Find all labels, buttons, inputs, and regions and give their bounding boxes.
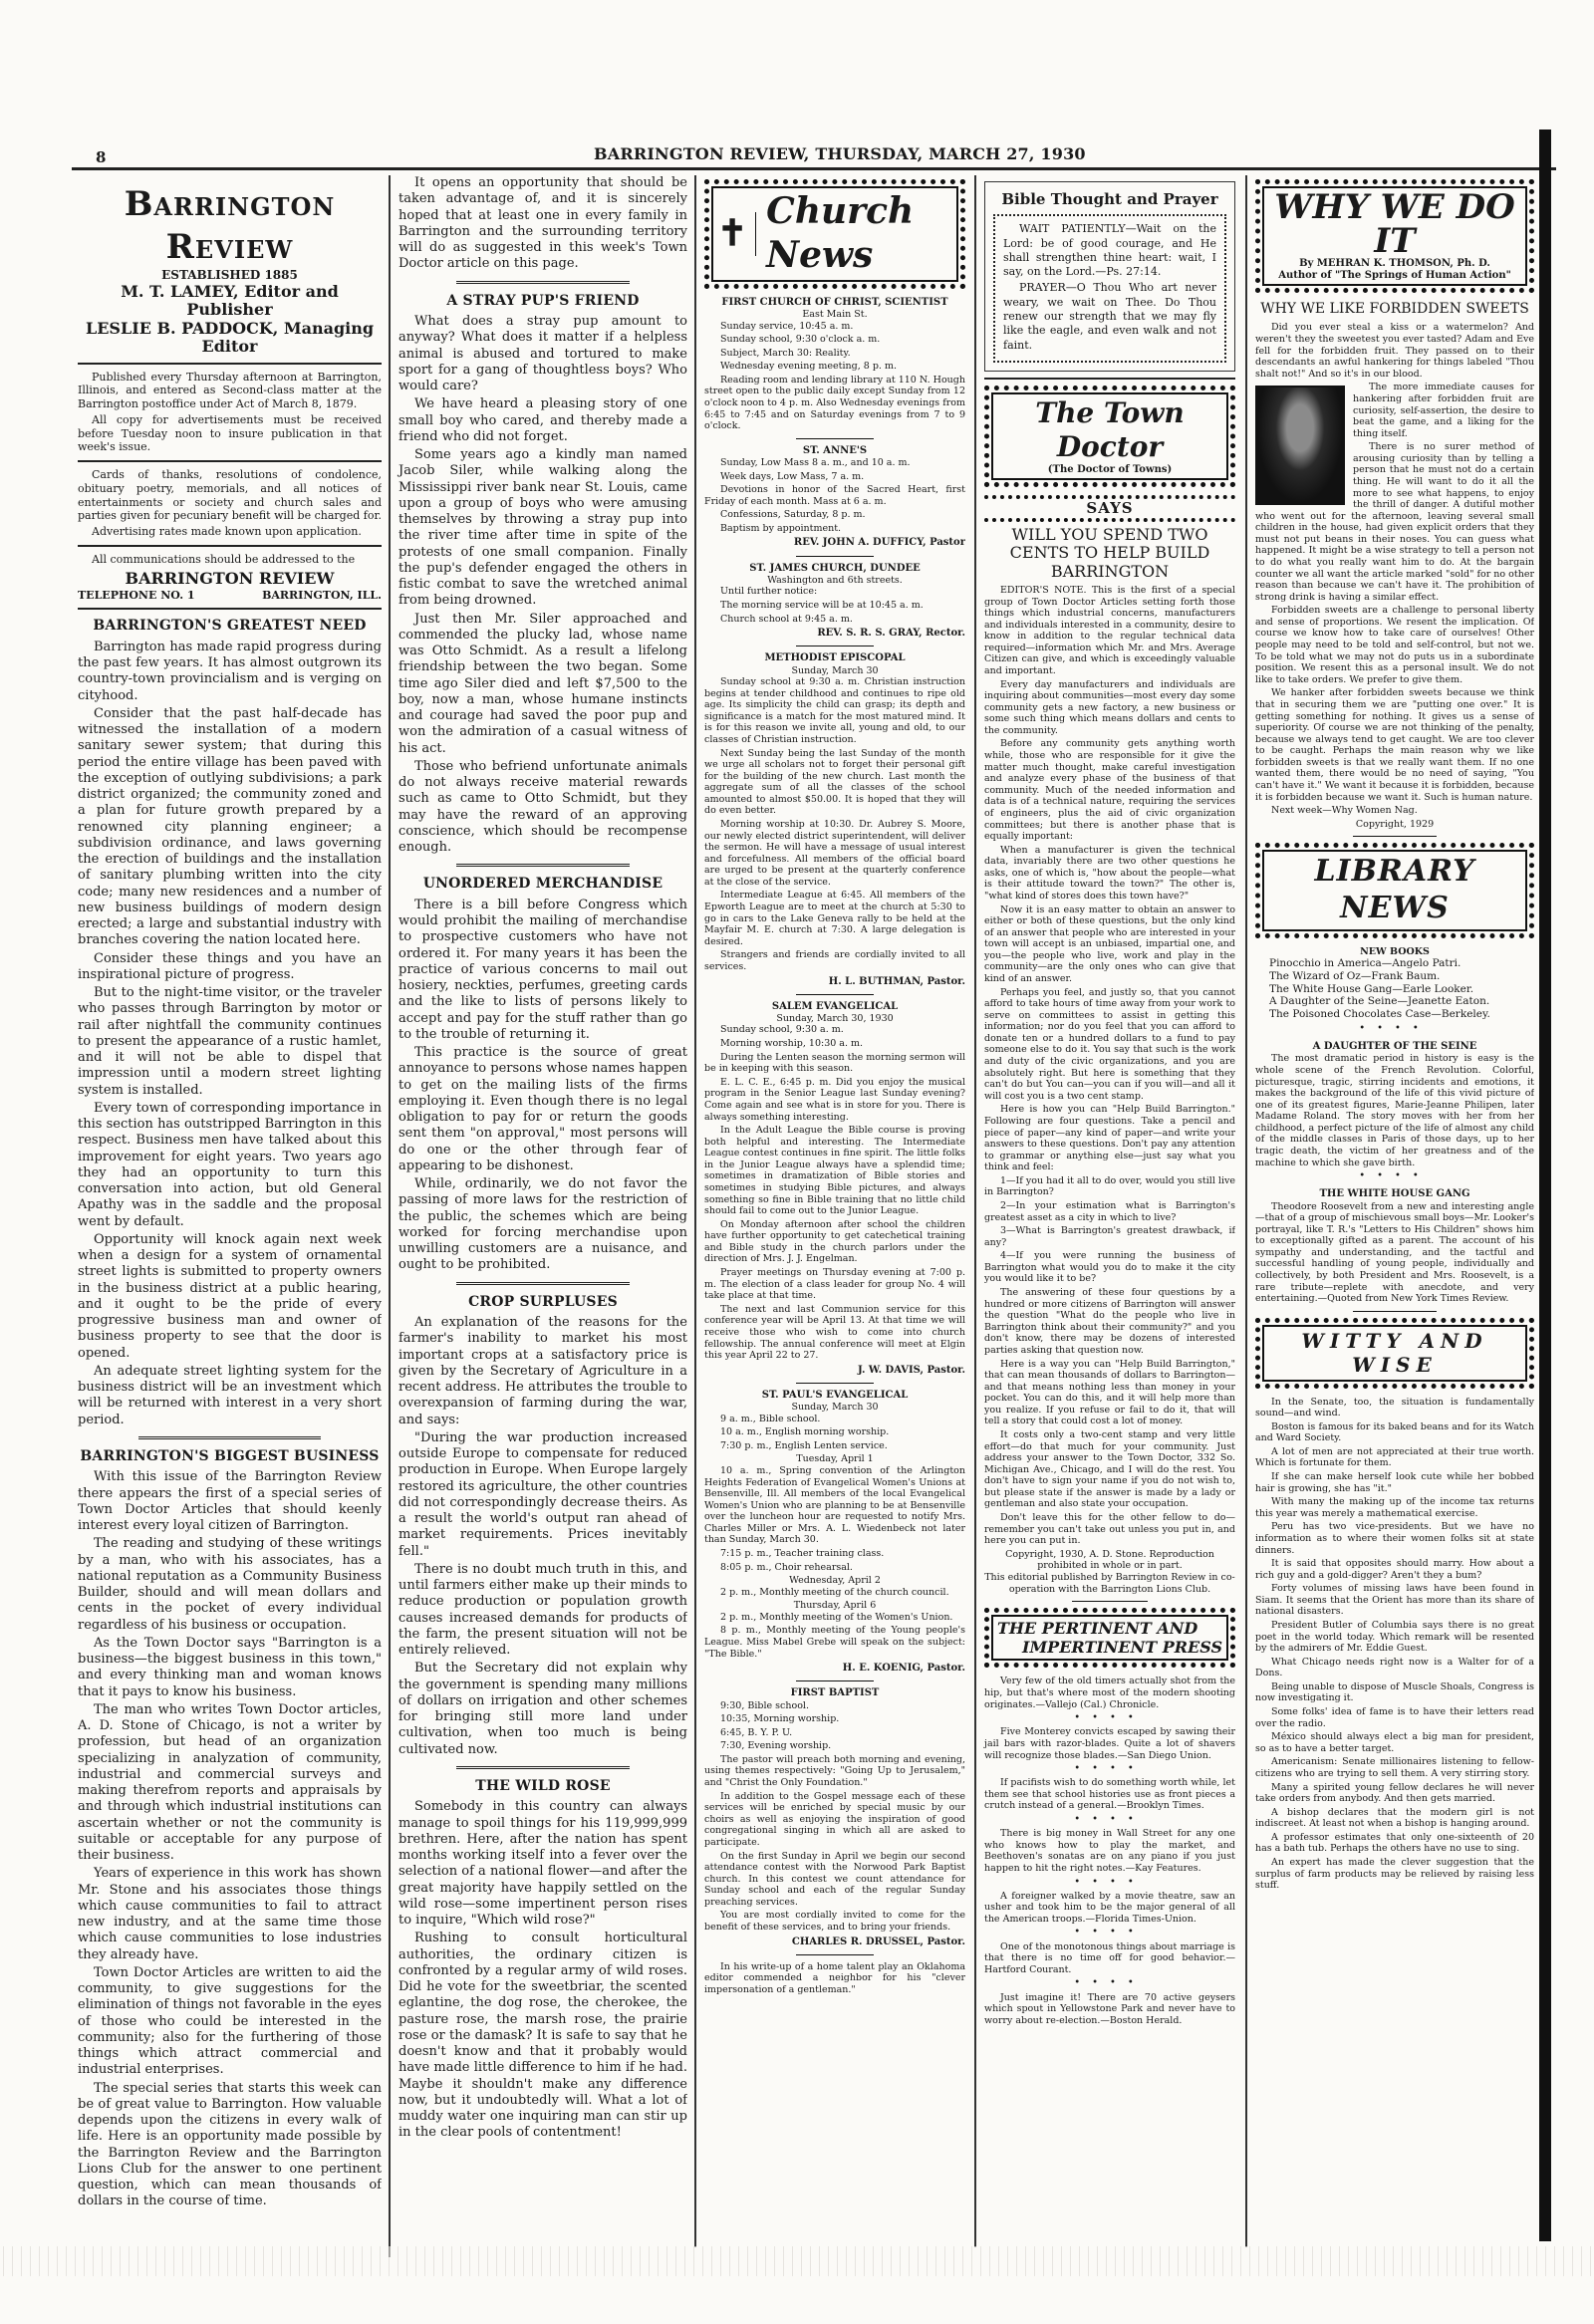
town-doctor-subtitle: (The Doctor of Towns) [997,464,1222,476]
witty-item: Americanism: Senate millionaires listeni… [1255,1756,1534,1779]
service-line: 7:30 p. m., English Lenten service. [704,1440,965,1452]
paragraph: Every day manufacturers and individuals … [984,679,1235,737]
divider [796,1680,875,1681]
witty-title: WITTY AND WISE [1268,1329,1521,1378]
address-title: BARRINGTON REVIEW [78,569,382,589]
bible-inner: WAIT PATIENTLY—Wait on the Lord: be of g… [993,214,1226,363]
service-line: Sunday service, 10:45 a. m. [704,321,965,333]
why-title: WHY WE DO IT [1268,190,1521,258]
witty-item: Some folks' idea of fame is to have thei… [1255,1706,1534,1729]
paragraph: We hanker after forbidden sweets because… [1255,687,1534,803]
divider [796,438,875,439]
paragraph: Consider that the past half-decade has w… [78,706,382,949]
press-item: A foreigner walked by a movie theatre, s… [984,1891,1235,1926]
bible-thought-box: Bible Thought and Prayer WAIT PATIENTLY—… [984,181,1235,372]
church-section: FIRST CHURCH OF CHRIST, SCIENTIST East M… [704,297,965,432]
witty-item: Peru has two vice-presidents. But we hav… [1255,1521,1534,1556]
service-line: Wednesday evening meeting, 8 p. m. [704,361,965,373]
paragraph: Town Doctor Articles are written to aid … [78,1965,382,2079]
press-item: Five Monterey convicts escaped by sawing… [984,1726,1235,1761]
paragraph: An explanation of the reasons for the fa… [398,1315,687,1428]
masthead-editor: M. T. LAMEY, Editor and Publisher [78,283,382,320]
cross-icon: ✝ [717,212,756,256]
divider [796,994,875,995]
church-sub: Washington and 6th streets. [704,575,965,587]
library-news-header: LIBRARY NEWS [1255,843,1534,937]
service-line: 6:45, B. Y. P. U. [704,1727,965,1739]
cooperation-note: This editorial published by Barrington R… [984,1572,1235,1595]
paragraph: But the Secretary did not explain why th… [398,1661,687,1758]
town-doctor-headline: WILL YOU SPEND TWO CENTS TO HELP BUILD B… [984,526,1235,581]
press-item: There is big money in Wall Street for an… [984,1828,1235,1874]
notice: Advertising rates made known upon applic… [78,525,382,539]
address-intro: All communications should be addressed t… [78,553,382,567]
why-byline: By MEHRAN K. THOMSON, Ph. D. [1268,258,1521,270]
service-line: Intermediate League at 6:45. All members… [704,890,965,947]
review-title: THE WHITE HOUSE GANG [1255,1188,1534,1200]
service-line: Morning worship, 10:30 a. m. [704,1038,965,1050]
column-editorial: Barrington Review ESTABLISHED 1885 M. T.… [78,175,382,2257]
separator-dots: •••• [984,1814,1235,1826]
paragraph: What does a stray pup amount to anyway? … [398,314,687,394]
article-title: THE WILD ROSE [398,1778,687,1796]
running-head: BARRINGTON REVIEW, THURSDAY, MARCH 27, 1… [594,144,1086,163]
book-item: A Daughter of the Seine—Jeanette Eaton. [1269,995,1534,1008]
church-section: ST. PAUL'S EVANGELICAL Sunday, March 30 … [704,1390,965,1676]
book-item: The Poisoned Chocolates Case—Berkeley. [1269,1008,1534,1021]
church-section: FIRST BAPTIST 9:30, Bible school. 10:35,… [704,1687,965,1947]
separator-dots: •••• [984,1712,1235,1724]
service-line: Subject, March 30: Reality. [704,348,965,360]
church-sub: East Main St. [704,309,965,321]
service-line: In addition to the Gospel message each o… [704,1791,965,1849]
witty-item: Many a spirited young fellow declares he… [1255,1782,1534,1805]
witty-item: President Butler of Columbia says there … [1255,1620,1534,1655]
paragraph: The special series that starts this week… [78,2081,382,2210]
review-title: A DAUGHTER OF THE SEINE [1255,1041,1534,1053]
paragraph: Just then Mr. Siler approached and comme… [398,612,687,757]
press-item: One of the monotonous things about marri… [984,1941,1235,1976]
column-features: WHY WE DO IT By MEHRAN K. THOMSON, Ph. D… [1245,175,1534,2247]
pertinent-press-header: THE PERTINENT AND IMPERTINENT PRESS [984,1608,1235,1668]
press-item: Just imagine it! There are 70 active gey… [984,1992,1235,2027]
paragraph: Don't leave this for the other fellow to… [984,1512,1235,1547]
review-text: Theodore Roosevelt from a new and intere… [1255,1201,1534,1305]
paragraph: Now it is an easy matter to obtain an an… [984,904,1235,985]
library-title: LIBRARY NEWS [1268,854,1521,926]
notice: All copy for advertisements must be rece… [78,413,382,454]
masthead-managing-editor: LESLIE B. PADDOCK, Managing Editor [78,320,382,357]
press-item: Very few of the old timers actually shot… [984,1676,1235,1710]
church-sub: Sunday, March 30 [704,665,965,677]
service-line: On the first Sunday in April we begin ou… [704,1851,965,1909]
book-item: The White House Gang—Earle Looker. [1269,983,1534,996]
article-title: CROP SURPLUSES [398,1294,687,1312]
paragraph: Years of experience in this work has sho… [78,1866,382,1963]
author-portrait [1255,386,1345,505]
separator-dots: •••• [1255,1170,1534,1182]
service-line: Next Sunday being the last Sunday of the… [704,748,965,817]
divider [796,556,875,557]
church-section: ST. ANNE'S Sunday, Low Mass 8 a. m., and… [704,445,965,550]
article-biggest-business: With this issue of the Barrington Review… [78,1469,382,2209]
article-title: A STRAY PUP'S FRIEND [398,293,687,311]
service-line: 7:30, Evening worship. [704,1740,965,1752]
service-line: Confessions, Saturday, 8 p. m. [704,509,965,521]
article-title: BARRINGTON'S GREATEST NEED [78,618,382,636]
divider [1072,1601,1148,1602]
why-headline: WHY WE LIKE FORBIDDEN SWEETS [1255,301,1534,318]
review-text: The most dramatic period in history is e… [1255,1053,1534,1168]
town-doctor-title: The Town Doctor [997,396,1222,464]
paragraph: Consider these things and you have an in… [78,951,382,984]
church-name: ST. PAUL'S EVANGELICAL [704,1390,965,1402]
bible-title: Bible Thought and Prayer [993,190,1226,208]
witty-item: It is said that opposites should marry. … [1255,1558,1534,1581]
church-name: METHODIST EPISCOPAL [704,652,965,664]
question: 3—What is Barrington's greatest drawback… [984,1225,1235,1248]
service-line: Sunday, Low Mass 8 a. m., and 10 a. m. [704,457,965,469]
divider [78,460,382,462]
pastor-signature: REV. S. R. S. GRAY, Rector. [704,628,965,640]
church-name: ST. JAMES CHURCH, DUNDEE [704,563,965,575]
separator-dots: •••• [984,1927,1235,1938]
service-line: The pastor will preach both morning and … [704,1754,965,1789]
service-line: Reading room and lending library at 110 … [704,375,965,432]
service-line: 2 p. m., Monthly meeting of the Women's … [704,1612,965,1624]
article-title: UNORDERED MERCHANDISE [398,876,687,894]
service-line: 7:15 p. m., Teacher training class. [704,1548,965,1560]
paragraph: Opportunity will knock again next week w… [78,1232,382,1362]
paragraph: When a manufacturer is given the technic… [984,845,1235,903]
question: 1—If you had it all to do over, would yo… [984,1175,1235,1198]
copyright: Copyright, 1930, A. D. Stone. Reproducti… [984,1549,1235,1572]
paragraph: Before any community gets anything worth… [984,738,1235,842]
press-item: If pacifists wish to do something worth … [984,1777,1235,1812]
divider [456,1766,630,1770]
witty-item: México should always elect a big man for… [1255,1731,1534,1754]
service-line: 8:05 p. m., Choir rehearsal. [704,1562,965,1574]
service-line: Baptism by appointment. [704,523,965,535]
footer-note: In his write-up of a home talent play an… [704,1961,965,1996]
article-greatest-need: Barrington has made rapid progress durin… [78,640,382,1428]
paragraph: There is no doubt much truth in this, an… [398,1562,687,1660]
pastor-signature: J. W. DAVIS, Pastor. [704,1365,965,1377]
divider [78,363,382,365]
service-line: Until further notice: [704,586,965,598]
paragraph: The reading and studying of these writin… [78,1536,382,1634]
service-line: On Monday afternoon after school the chi… [704,1219,965,1265]
masthead-established: ESTABLISHED 1885 [78,268,382,283]
church-name: FIRST BAPTIST [704,1687,965,1699]
witty-item: Boston is famous for its baked beans and… [1255,1421,1534,1444]
church-name: ST. ANNE'S [704,445,965,457]
service-line: Morning worship at 10:30. Dr. Aubrey S. … [704,819,965,888]
paragraph: The answering of these four questions by… [984,1287,1235,1356]
service-line: You are most cordially invited to come f… [704,1910,965,1933]
column-town-doctor: Bible Thought and Prayer WAIT PATIENTLY—… [974,175,1235,2247]
paragraph: Rushing to consult horticultural authori… [398,1931,687,2141]
town-doctor-says: SAYS [984,495,1235,521]
witty-item: Forty volumes of missing laws have been … [1255,1583,1534,1618]
pastor-signature: H. L. BUTHMAN, Pastor. [704,976,965,988]
service-line: E. L. C. E., 6:45 p. m. Did you enjoy th… [704,1077,965,1123]
divider [796,1383,875,1384]
article-title: BARRINGTON'S BIGGEST BUSINESS [78,1448,382,1466]
pastor-signature: CHARLES R. DRUSSEL, Pastor. [704,1937,965,1948]
paragraph: While, ordinarily, we do not favor the p… [398,1176,687,1274]
pertinent-title-line1: THE PERTINENT AND [997,1619,1222,1638]
service-line: 10 a. m., Spring convention of the Arlin… [704,1465,965,1546]
why-we-do-it-header: WHY WE DO IT By MEHRAN K. THOMSON, Ph. D… [1255,179,1534,293]
page-number: 8 [96,148,106,166]
question: 2—In your estimation what is Barrington'… [984,1200,1235,1223]
paragraph: Here is a way you can "Help Build Barrin… [984,1359,1235,1427]
service-line: 10:35, Morning worship. [704,1713,965,1725]
church-sub: Sunday, March 30, 1930 [704,1013,965,1025]
service-line: 9 a. m., Bible school. [704,1414,965,1425]
service-line: 2 p. m., Monthly meeting of the church c… [704,1587,965,1599]
column-editorials-2: It opens an opportunity that should be t… [389,175,687,2257]
separator-dots: •••• [984,1977,1235,1989]
divider [1353,1311,1437,1312]
church-sub: Sunday, March 30 [704,1402,965,1414]
witty-item: Being unable to dispose of Muscle Shoals… [1255,1681,1534,1704]
church-news-header: ✝ Church News [704,179,965,289]
service-line: In the Adult League the Bible course is … [704,1125,965,1217]
book-item: The Wizard of Oz—Frank Baum. [1269,970,1534,983]
church-section: METHODIST EPISCOPAL Sunday, March 30 Sun… [704,652,965,987]
paragraph: Did you ever steal a kiss or a watermelo… [1255,322,1534,380]
service-line: Prayer meetings on Thursday evening at 7… [704,1267,965,1302]
pastor-signature: REV. JOHN A. DUFFICY, Pastor [704,537,965,549]
pertinent-title-line2: IMPERTINENT PRESS [997,1638,1222,1657]
paragraph: With this issue of the Barrington Review… [78,1469,382,1534]
paragraph: But to the night-time visitor, or the tr… [78,985,382,1099]
paragraph: We have heard a pleasing story of one sm… [398,396,687,445]
service-line: Sunday school at 9:30 a. m. Christian in… [704,676,965,745]
witty-item: An expert has made the clever suggestion… [1255,1857,1534,1892]
witty-and-wise-header: WITTY AND WISE [1255,1318,1534,1389]
masthead-title: Barrington Review [78,183,382,268]
service-line: 10 a. m., English morning worship. [704,1426,965,1438]
separator-dots: •••• [1255,1023,1534,1035]
service-day: Wednesday, April 2 [704,1575,965,1587]
paragraph: The man who writes Town Doctor articles,… [78,1702,382,1865]
divider [796,1954,875,1955]
service-line: Week days, Low Mass, 7 a. m. [704,471,965,483]
book-item: Pinocchio in America—Angelo Patri. [1269,957,1534,970]
city: BARRINGTON, ILL. [262,589,382,603]
divider [1353,836,1437,837]
divider [456,864,630,868]
witty-item: A lot of men are not appreciated at thei… [1255,1446,1534,1469]
town-doctor-header: The Town Doctor (The Doctor of Towns) [984,386,1235,488]
telephone: TELEPHONE NO. 1 [78,589,195,603]
divider [456,281,630,285]
divider [456,1282,630,1286]
masthead-notices: Published every Thursday afternoon at Ba… [78,371,382,567]
bible-prayer: PRAYER—O Thou Who art never weary, we wa… [1003,281,1216,352]
paragraph: Some years ago a kindly man named Jacob … [398,447,687,610]
paragraph: As the Town Doctor says "Barrington is a… [78,1636,382,1700]
paragraph: An adequate street lighting system for t… [78,1364,382,1428]
divider [984,378,1235,380]
witty-item: In the Senate, too, the situation is fun… [1255,1397,1534,1420]
paragraph: It opens an opportunity that should be t… [398,175,687,273]
paragraph: Somebody in this country can always mana… [398,1799,687,1929]
divider [78,608,382,610]
top-rule [72,167,1556,170]
column-church-news: ✝ Church News FIRST CHURCH OF CHRIST, SC… [694,175,965,2247]
notice: Published every Thursday afternoon at Ba… [78,371,382,411]
book-list: Pinocchio in America—Angelo Patri. The W… [1255,957,1534,1021]
separator-dots: •••• [984,1763,1235,1775]
bible-verse: WAIT PATIENTLY—Wait on the Lord: be of g… [1003,222,1216,279]
paragraph: Those who befriend unfortunate animals d… [398,759,687,857]
paragraph: Here is how you can "Help Build Barringt… [984,1104,1235,1172]
witty-item: If she can make herself look cute while … [1255,1471,1534,1494]
why-author-of: Author of "The Springs of Human Action" [1268,270,1521,282]
service-line: Sunday school, 9:30 a. m. [704,1024,965,1036]
service-line: The morning service will be at 10:45 a. … [704,600,965,612]
paragraph: Forbidden sweets are a challenge to pers… [1255,605,1534,685]
service-line: Church school at 9:45 a. m. [704,614,965,626]
paragraph: Every town of corresponding importance i… [78,1101,382,1230]
service-line: 8 p. m., Monthly meeting of the Young pe… [704,1625,965,1660]
divider [138,1436,321,1440]
church-name: FIRST CHURCH OF CHRIST, SCIENTIST [704,297,965,309]
pastor-signature: H. E. KOENIG, Pastor. [704,1663,965,1675]
church-section: ST. JAMES CHURCH, DUNDEE Washington and … [704,563,965,641]
separator-dots: •••• [984,1877,1235,1889]
witty-item: With many the making up of the income ta… [1255,1496,1534,1519]
scan-artifact [0,2246,1594,2276]
question: 4—If you were running the business of Ba… [984,1250,1235,1285]
copyright: Copyright, 1929 [1255,819,1534,831]
paragraph: Perhaps you feel, and justly so, that yo… [984,987,1235,1103]
address-row: TELEPHONE NO. 1 BARRINGTON, ILL. [78,589,382,603]
church-name: SALEM EVANGELICAL [704,1001,965,1013]
page-edge-shadow [1539,129,1551,2241]
paragraph: This practice is the source of great ann… [398,1045,687,1174]
service-day: Tuesday, April 1 [704,1453,965,1465]
paragraph: There is a bill before Congress which wo… [398,898,687,1043]
church-news-title: Church News [766,190,952,278]
witty-item: A professor estimates that only one-sixt… [1255,1832,1534,1855]
new-books-title: NEW BOOKS [1255,946,1534,958]
service-line: The next and last Communion service for … [704,1304,965,1362]
divider [796,646,875,646]
witty-item: What Chicago needs right now is a Walter… [1255,1657,1534,1679]
paragraph: Barrington has made rapid progress durin… [78,640,382,704]
paragraph: "During the war production increased out… [398,1430,687,1560]
divider [78,545,382,547]
service-line: During the Lenten season the morning ser… [704,1052,965,1075]
notice: Cards of thanks, resolutions of condolen… [78,468,382,523]
paragraph: It costs only a two-cent stamp and very … [984,1429,1235,1510]
service-line: Strangers and friends are cordially invi… [704,949,965,972]
service-line: 9:30, Bible school. [704,1700,965,1712]
service-day: Thursday, April 6 [704,1600,965,1612]
paragraph: EDITOR'S NOTE. This is the first of a sp… [984,585,1235,677]
service-line: Sunday school, 9:30 o'clock a. m. [704,334,965,346]
next-week: Next week—Why Women Nag. [1255,805,1534,817]
witty-item: A bishop declares that the modern girl i… [1255,1807,1534,1830]
church-section: SALEM EVANGELICAL Sunday, March 30, 1930… [704,1001,965,1377]
service-line: Devotions in honor of the Sacred Heart, … [704,484,965,507]
